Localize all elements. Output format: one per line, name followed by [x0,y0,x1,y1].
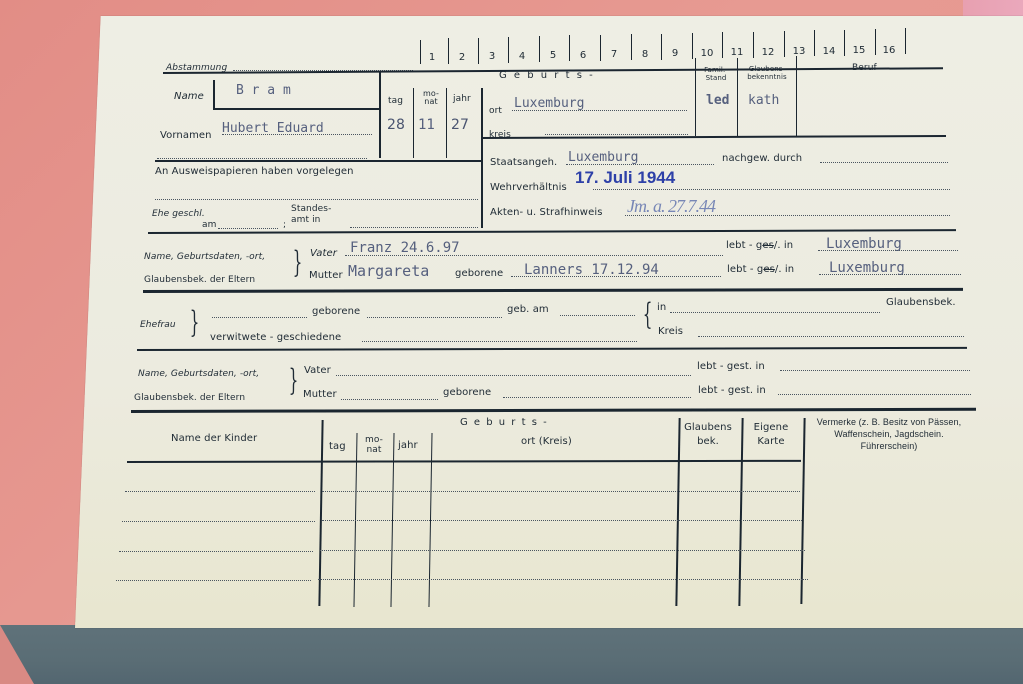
ehefrau-geb-am-field[interactable] [560,315,635,316]
birth-jahr-value[interactable]: 27 [451,117,469,133]
birth-monat-label: mo- nat [418,90,444,106]
akten-label: Akten- u. Strafhinweis [490,207,603,218]
spouse-mutter-lebt-gest-label: lebt - gest. in [698,385,766,396]
birth-monat-value[interactable]: 11 [418,117,435,133]
glaubens-label: Glaubens- bekenntnis [739,65,795,81]
children-glaubens-header: Glaubens bek. [678,421,738,449]
children-ort-header: ort (Kreis) [521,436,572,447]
brace-icon: } [289,366,299,396]
col-num-15: 15 [849,45,869,56]
mutter-value[interactable]: Margareta [348,262,429,280]
card-form: 1 2 3 4 5 6 7 8 9 10 11 12 13 14 15 16 A… [0,0,1023,684]
col-num-11: 11 [727,47,747,58]
nachgew-field[interactable] [820,162,948,163]
spouse-vater-field[interactable] [336,375,691,376]
name-label: Name [174,91,204,102]
birth-tag-value[interactable]: 28 [387,117,405,133]
ehefrau-label: Ehefrau [140,320,176,330]
col-num-3: 3 [482,51,502,62]
ort-label: ort [489,106,502,116]
mutter-geborene-label: geborene [455,268,503,279]
kreis-field[interactable] [545,134,688,135]
spouse-geborene-label: geborene [443,387,491,398]
ausweis-label: An Ausweispapieren haben vorgelegen [155,166,354,177]
col-num-2: 2 [452,52,472,63]
col-num-6: 6 [573,50,593,61]
birth-tag-label: tag [388,96,403,106]
verwitwete-label: verwitwete - geschiedene [210,332,341,343]
children-karte-header: Eigene Karte [741,421,801,449]
ausweis-field[interactable] [155,199,478,200]
parents-label-line2: Glaubensbek. der Eltern [144,275,255,285]
ehefrau-glaubensbek-label: Glaubensbek. [886,297,956,308]
mutter-lebt-gest-label: lebt - ges/. in [727,264,794,275]
col-num-9: 9 [665,48,685,59]
ehefrau-geb-am-label: geb. am [507,304,549,315]
standesamt-label: Standes- amt in [291,204,331,226]
ehefrau-name-field[interactable] [212,317,307,318]
vater-label: Vater [310,248,337,259]
ehe-am-field[interactable] [218,228,278,229]
verwitwete-field[interactable] [362,341,637,342]
children-monat-header: mo- nat [358,435,390,455]
col-num-5: 5 [543,50,563,61]
spouse-vater-label: Vater [304,365,331,376]
col-num-10: 10 [697,48,717,59]
children-tag-header: tag [329,441,346,452]
col-num-12: 12 [758,47,778,58]
name-value[interactable]: B r a m [236,83,291,98]
geburts-label: G e b u r t s - [499,70,595,81]
glaubens-value[interactable]: kath [748,93,779,108]
staatsangeh-value[interactable]: Luxemburg [568,150,638,165]
standesamt-field[interactable] [350,227,478,228]
akten-value[interactable]: Jm. a. 27.7.44 [627,196,715,217]
brace-icon: } [190,308,200,338]
spouse-mutter-label: Mutter [303,389,337,400]
staatsangeh-label: Staatsangeh. [490,157,557,168]
wehr-label: Wehrverhältnis [490,182,567,193]
mutter-label: Mutter [309,270,343,281]
children-name-header: Name der Kinder [171,433,257,444]
ehefrau-geborene-label: geborene [312,306,360,317]
am-label: am [202,220,216,230]
children-geburts-header: G e b u r t s - [460,417,548,428]
spouse-mutter-field[interactable] [341,399,438,400]
brace-icon: } [643,300,653,330]
spouse-parents-label-line1: Name, Geburtsdaten, -ort, [138,369,259,379]
ehefrau-in-field[interactable] [670,312,880,313]
nachgew-label: nachgew. durch [722,153,802,164]
ort-value[interactable]: Luxemburg [514,96,584,111]
col-num-14: 14 [819,46,839,57]
brace-icon: } [293,248,303,278]
parents-label-line1: Name, Geburtsdaten, -ort, [144,252,265,262]
spouse-parents-label-line2: Glaubensbek. der Eltern [134,393,245,403]
beruf-label: Beruf [852,63,877,73]
col-num-7: 7 [604,49,624,60]
col-num-13: 13 [789,46,809,57]
famil-stand-value[interactable]: led [706,93,729,108]
col-num-16: 16 [879,45,899,56]
spouse-vater-lebt-gest-label: lebt - gest. in [697,361,765,372]
ehefrau-kreis-label: Kreis [658,326,683,337]
ehefrau-kreis-field[interactable] [698,336,964,337]
wehr-field[interactable] [593,189,950,190]
vornamen-label: Vornamen [160,130,212,141]
ehefrau-in-label: in [657,302,666,313]
ehe-label: Ehe geschl. [152,209,205,219]
wehr-date-stamp: 17. Juli 1944 [575,168,675,188]
famil-stand-label: Famil.- Stand [697,66,735,82]
birth-jahr-label: jahr [453,94,471,104]
col-num-8: 8 [635,49,655,60]
ehefrau-geborene-field[interactable] [367,317,502,318]
vater-value[interactable]: Franz 24.6.97 [350,240,460,256]
children-jahr-header: jahr [398,440,418,451]
children-vermerke-header: Vermerke (z. B. Besitz von Pässen, Waffe… [803,416,975,452]
col-num-4: 4 [512,51,532,62]
vater-lebt-gest-label: lebt - ges/. in [726,240,793,251]
spouse-geborene-field[interactable] [503,397,691,398]
col-num-1: 1 [422,52,442,63]
